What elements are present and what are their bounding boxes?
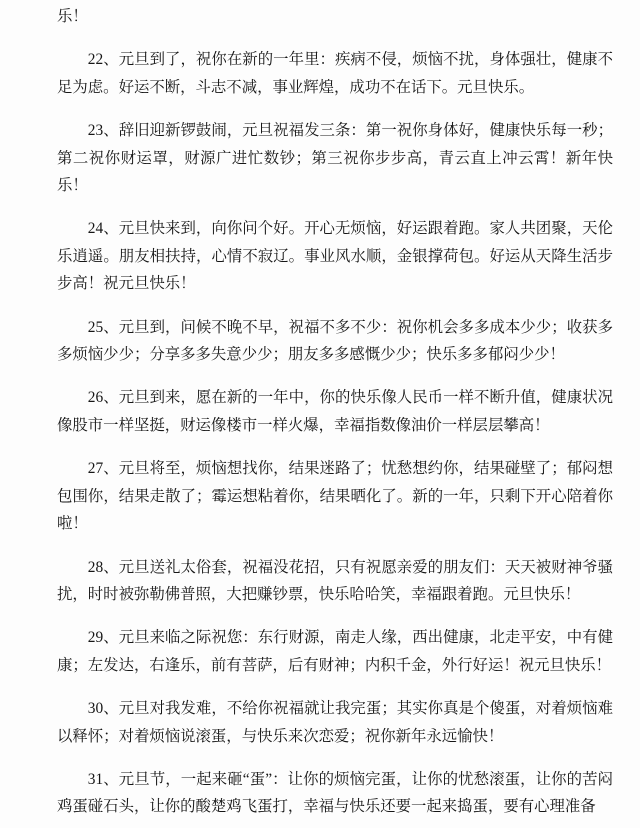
greeting-item-24: 24、元旦快来到，向你问个好。开心无烦恼，好运跟着跑。家人共团聚，天伦乐逍遥。朋… xyxy=(57,215,613,297)
greeting-item-22: 22、元旦到了，祝你在新的一年里：疾病不侵，烦恼不扰，身体强壮，健康不足为虑。好… xyxy=(57,46,613,101)
greeting-item-30: 30、元旦对我发难，不给你祝福就让我完蛋；其实你真是个傻蛋，对着烦恼难以释怀；对… xyxy=(57,695,613,750)
greeting-item-29: 29、元旦来临之际祝您：东行财源，南走人缘，西出健康，北走平安，中有健康；左发达… xyxy=(57,624,613,679)
document-page: 乐！22、元旦到了，祝你在新的一年里：疾病不侵，烦恼不扰，身体强壮，健康不足为虑… xyxy=(0,0,640,828)
text-content: 乐！22、元旦到了，祝你在新的一年里：疾病不侵，烦恼不扰，身体强壮，健康不足为虑… xyxy=(57,3,613,821)
fragment-end-of-previous-item: 乐！ xyxy=(57,3,613,30)
greeting-item-27: 27、元旦将至，烦恼想找你，结果迷路了；忧愁想约你，结果碰壁了；郁闷想包围你，结… xyxy=(57,455,613,537)
greeting-item-26: 26、元旦到来，愿在新的一年中，你的快乐像人民币一样不断升值，健康状况像股市一样… xyxy=(57,384,613,439)
greeting-item-28: 28、元旦送礼太俗套，祝福没花招，只有祝愿亲爱的朋友们：天天被财神爷骚扰，时时被… xyxy=(57,554,613,609)
greeting-item-31: 31、元旦节，一起来砸“蛋”：让你的烦恼完蛋，让你的忧愁滚蛋，让你的苦闷鸡蛋碰石… xyxy=(57,766,613,821)
greeting-item-23: 23、辞旧迎新锣鼓闹，元旦祝福发三条：第一祝你身体好，健康快乐每一秒；第二祝你财… xyxy=(57,117,613,199)
greeting-item-25: 25、元旦到，问候不晚不早，祝福不多不少：祝你机会多多成本少少；收获多多烦恼少少… xyxy=(57,314,613,369)
